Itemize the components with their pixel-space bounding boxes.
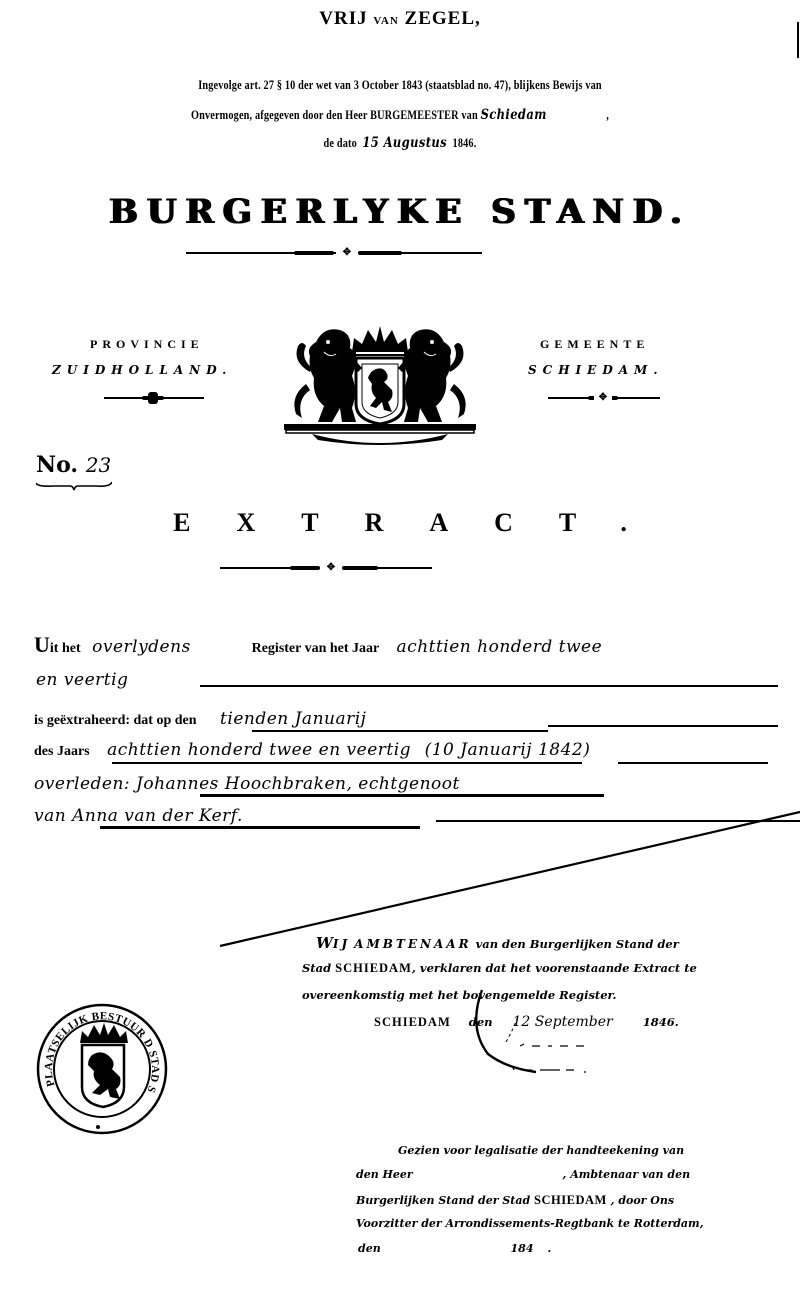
legalisation-ambtenaar: , Ambtenaar van den — [563, 1168, 691, 1181]
declaration-city: SCHIEDAM — [335, 961, 412, 975]
declaration-stad: Stad — [302, 961, 331, 975]
declaration-line-2: Stad SCHIEDAM, verklaren dat het voorens… — [302, 961, 697, 976]
legalisation-den-heer: den Heer — [356, 1168, 413, 1181]
legalisation-line-1: Gezien voor legalisatie der handteekenin… — [398, 1144, 684, 1157]
municipal-seal-icon: PLAATSELIJK BESTUUR D STAD SCHIEDAM — [36, 1003, 168, 1135]
declaration-ambtenaar: AMBTENAAR — [354, 937, 471, 951]
legalisation-line-3: Burgerlijken Stand der Stad SCHIEDAM , d… — [356, 1193, 674, 1208]
legalisation-den: den — [358, 1242, 381, 1255]
legalisation-line-5: den 184 . — [358, 1242, 551, 1255]
legalisation-line-2: den Heer , Ambtenaar van den — [356, 1168, 690, 1181]
signature-handwritten — [440, 988, 620, 1098]
legalisation-line-4: Voorzitter der Arrondissements-Regtbank … — [356, 1217, 704, 1230]
declaration-line-1: WIJ AMBTENAAR van den Burgerlijken Stand… — [316, 934, 679, 952]
legalisation-burgerlijken-stand: Burgerlijken Stand der Stad — [356, 1194, 530, 1207]
declaration-wij-initial: W — [316, 934, 333, 952]
declaration-line-2-rest: , verklaren dat het voorenstaande Extrac… — [412, 961, 697, 975]
legalisation-year: 184 — [511, 1242, 534, 1255]
legalisation-city: SCHIEDAM — [534, 1193, 607, 1207]
legalisation-period: . — [547, 1242, 551, 1255]
declaration-year-handwritten: 1846. — [643, 1015, 679, 1029]
legalisation-door-ons: , door Ons — [611, 1194, 674, 1207]
declaration-wij-rest: IJ — [333, 937, 350, 951]
declaration-line-1-rest: van den Burgerlijken Stand der — [476, 937, 679, 951]
